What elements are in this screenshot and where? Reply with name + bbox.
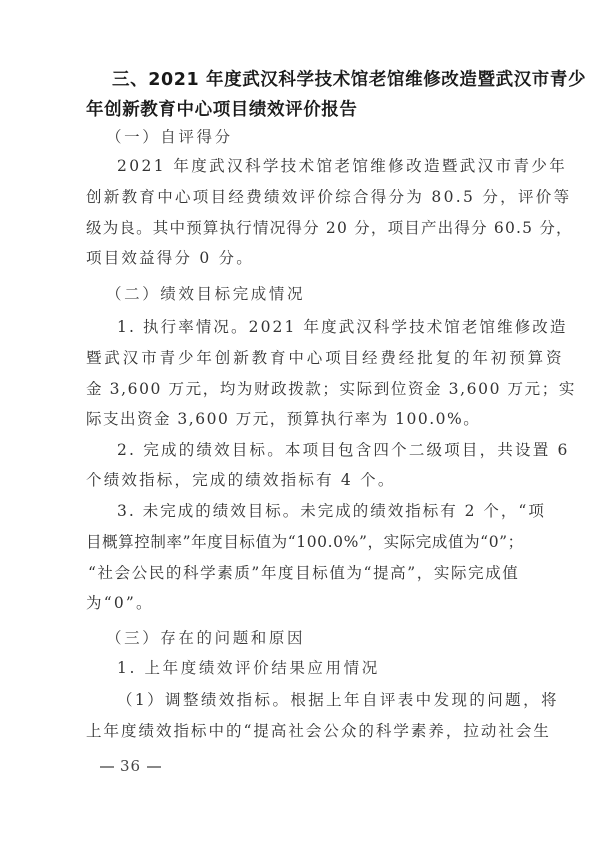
- section-3-subheading: 1. 上年度绩效评价结果应用情况: [117, 656, 380, 678]
- section-2-para-1-line: 1. 执行率情况。2021 年度武汉科学技术馆老馆维修改造: [117, 315, 568, 337]
- section-2-para-3-line: 3. 未完成的绩效目标。未完成的绩效指标有 2 个，“项: [117, 499, 546, 521]
- page-number-value: 36: [120, 757, 141, 775]
- page-number: 36: [94, 757, 167, 775]
- section-3-line: （1）调整绩效指标。根据上年自评表中发现的问题，将: [117, 688, 559, 710]
- section-3-line: 上年度绩效指标中的“提高社会公众的科学素养，拉动社会生: [86, 719, 551, 741]
- dash-right: [147, 766, 161, 768]
- dash-left: [100, 766, 114, 768]
- section-2-para-3-line: 目概算控制率”年度目标值为“100.0%”，实际完成值为“0”；: [86, 530, 524, 552]
- section-1-line: 级为良。其中预算执行情况得分 20 分，项目产出得分 60.5 分，: [86, 216, 573, 238]
- section-2-para-2-line: 2. 完成的绩效目标。本项目包含四个二级项目，共设置 6: [117, 438, 570, 460]
- section-1-line: 创新教育中心项目经费绩效评价综合得分为 80.5 分，评价等: [86, 185, 571, 207]
- section-2-para-1-line: 际支出资金 3,600 万元，预算执行率为 100.0%。: [86, 407, 480, 429]
- report-title-line-1: 三、2021 年度武汉科学技术馆老馆维修改造暨武汉市青少: [112, 66, 586, 91]
- section-3-heading: （三）存在的问题和原因: [106, 626, 305, 648]
- section-1-line: 2021 年度武汉科学技术馆老馆维修改造暨武汉市青少年: [117, 154, 567, 176]
- section-1-heading: （一）自评得分: [106, 125, 233, 147]
- section-2-para-1-line: 暨武汉市青少年创新教育中心项目经费经批复的年初预算资: [86, 346, 564, 368]
- section-2-heading: （二）绩效目标完成情况: [106, 282, 305, 304]
- section-2-para-1-line: 金 3,600 万元，均为财政拨款；实际到位资金 3,600 万元；实: [86, 377, 576, 399]
- document-page: 三、2021 年度武汉科学技术馆老馆维修改造暨武汉市青少 年创新教育中心项目绩效…: [0, 0, 600, 848]
- section-2-para-3-line: “社会公民的科学素质”年度目标值为“提高”，实际完成值: [88, 561, 519, 583]
- section-2-para-2-line: 个绩效指标，完成的绩效指标有 4 个。: [86, 468, 396, 490]
- section-1-line: 项目效益得分 0 分。: [86, 246, 254, 268]
- report-title-line-2: 年创新教育中心项目绩效评价报告: [86, 96, 358, 121]
- section-2-para-3-line: 为“0”。: [86, 591, 154, 613]
